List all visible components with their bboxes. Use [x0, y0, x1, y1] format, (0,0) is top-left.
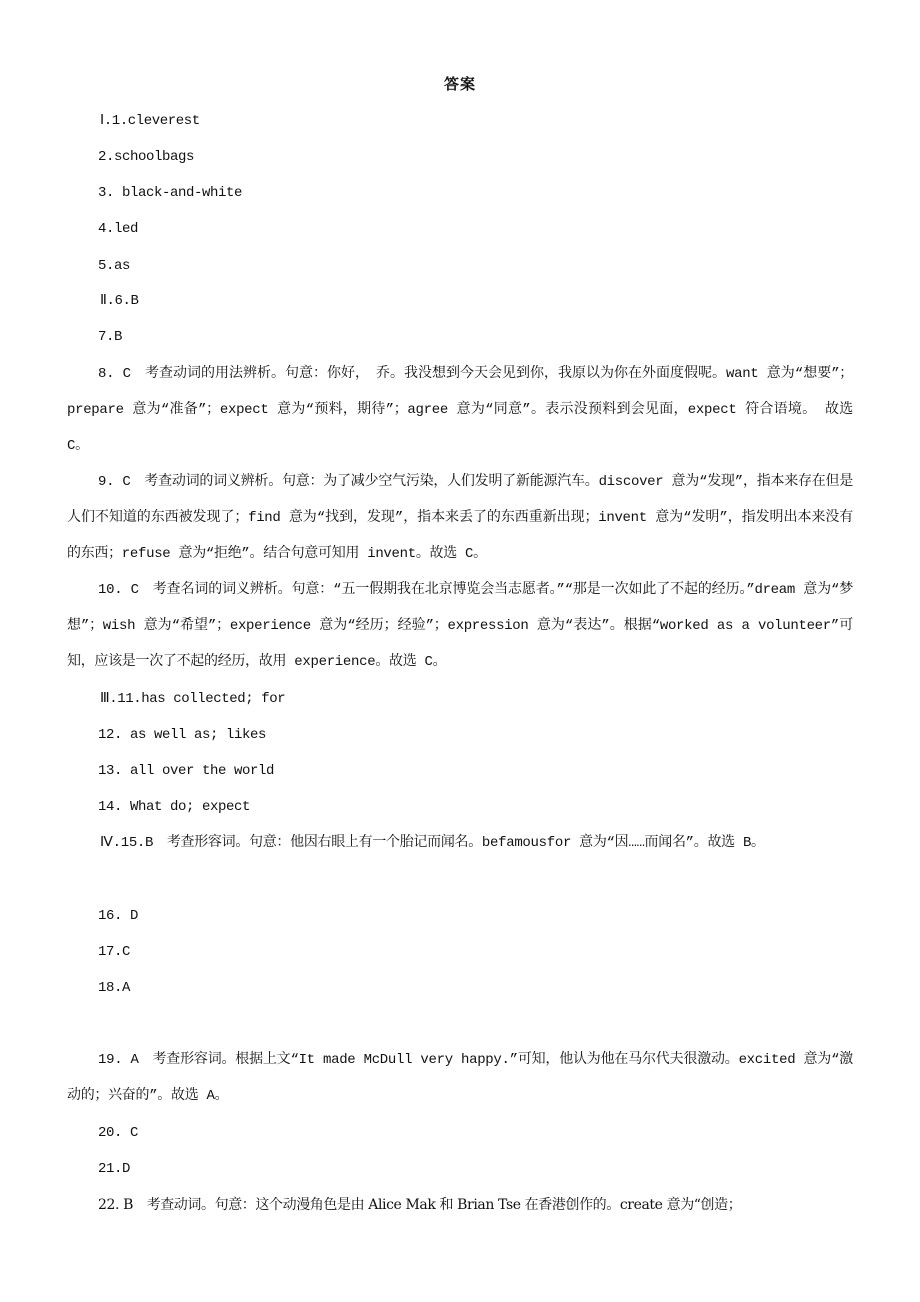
answer-18: 18.A — [98, 978, 130, 998]
answer-11: Ⅲ.11.has collected; for — [100, 689, 285, 709]
document-page: 答案 Ⅰ.1.cleverest 2.schoolbags 3. black-a… — [0, 0, 920, 1302]
answer-14: 14. What do; expect — [98, 797, 250, 817]
page-title: 答案 — [0, 74, 920, 94]
answer-12: 12. as well as; likes — [98, 725, 266, 745]
answer-4: 4.led — [98, 219, 138, 239]
answer-13: 13. all over the world — [98, 761, 274, 781]
answer-21: 21.D — [98, 1159, 130, 1179]
answer-3: 3. black-and-white — [98, 183, 242, 203]
answer-6: Ⅱ.6.B — [100, 291, 139, 311]
answer-2: 2.schoolbags — [98, 147, 194, 167]
answer-7: 7.B — [98, 327, 122, 347]
answer-9-explanation: 9. C 考查动词的词义辨析。句意：为了减少空气污染，人们发明了新能源汽车。di… — [67, 464, 853, 572]
answer-20: 20. C — [98, 1123, 138, 1143]
answer-15-explanation: Ⅳ.15.B 考查形容词。句意：他因右眼上有一个胎记而闻名。befamousfo… — [67, 825, 853, 861]
answer-22-explanation: 22. B 考查动词。句意：这个动漫角色是由 Alice Mak 和 Brian… — [98, 1195, 741, 1215]
answer-10-explanation: 10. C 考查名词的词义辨析。句意：“五一假期我在北京博览会当志愿者。”“那是… — [67, 572, 853, 680]
answer-17: 17.C — [98, 942, 130, 962]
answer-1: Ⅰ.1.cleverest — [100, 111, 200, 131]
answer-8-explanation: 8. C 考查动词的用法辨析。句意：你好， 乔。我没想到今天会见到你，我原以为你… — [67, 356, 853, 464]
answer-16: 16. D — [98, 906, 138, 926]
answer-19-explanation: 19. A 考查形容词。根据上文“It made McDull very hap… — [67, 1042, 853, 1114]
answer-5: 5.as — [98, 256, 130, 276]
